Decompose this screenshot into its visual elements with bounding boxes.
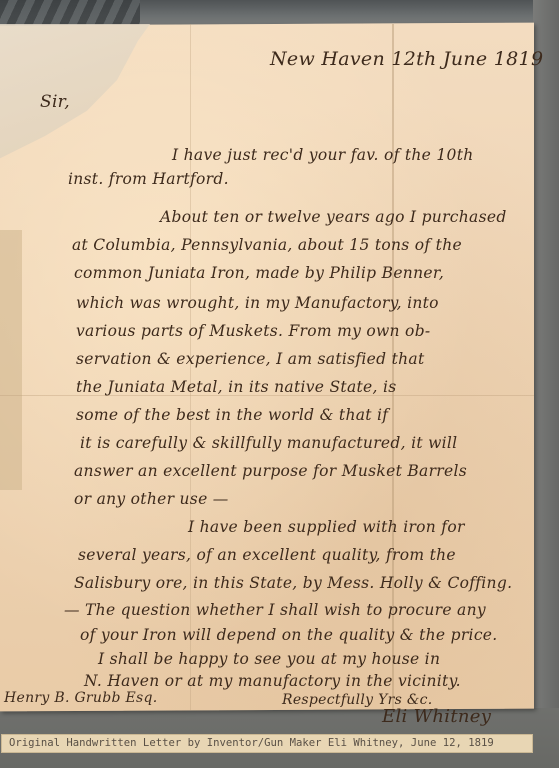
letter-line: various parts of Muskets. From my own ob… — [76, 322, 430, 340]
letter-signature: Eli Whitney — [382, 706, 491, 727]
letter-line: at Columbia, Pennsylvania, about 15 tons… — [72, 236, 462, 254]
letter-line: answer an excellent purpose for Musket B… — [74, 462, 467, 480]
letter-line: I shall be happy to see you at my house … — [98, 650, 440, 668]
letter-line: — The question whether I shall wish to p… — [64, 601, 486, 619]
letter-line: of your Iron will depend on the quality … — [80, 626, 498, 644]
letter-line: it is carefully & skillfully manufacture… — [80, 434, 457, 452]
letter-line: common Juniata Iron, made by Philip Benn… — [74, 264, 444, 282]
letter-line: inst. from Hartford. — [68, 170, 229, 188]
letter-addressee: Henry B. Grubb Esq. — [4, 690, 158, 706]
letter-line: I have just rec'd your fav. of the 10th — [172, 146, 474, 164]
letter-line: I have been supplied with iron for — [188, 518, 465, 536]
frame-right-edge — [533, 0, 559, 768]
letter-line: some of the best in the world & that if — [76, 406, 388, 424]
letter-line: or any other use — — [74, 490, 229, 508]
letter-line: N. Haven or at my manufactory in the vic… — [84, 672, 461, 690]
letter-line: the Juniata Metal, in its native State, … — [76, 378, 396, 396]
letter-line: Salisbury ore, in this State, by Mess. H… — [74, 574, 512, 592]
frame-reflection — [0, 0, 140, 26]
paper-edge-strip — [0, 230, 22, 490]
letter-dateline: New Haven 12th June 1819 — [270, 48, 543, 70]
letter-line: servation & experience, I am satisfied t… — [76, 350, 424, 368]
letter-salutation: Sir, — [40, 92, 70, 112]
caption-label: Original Handwritten Letter by Inventor/… — [1, 734, 533, 753]
letter-line: About ten or twelve years ago I purchase… — [160, 208, 507, 226]
letter-line: several years, of an excellent quality, … — [78, 546, 456, 564]
letter-line: which was wrought, in my Manufactory, in… — [76, 294, 439, 312]
